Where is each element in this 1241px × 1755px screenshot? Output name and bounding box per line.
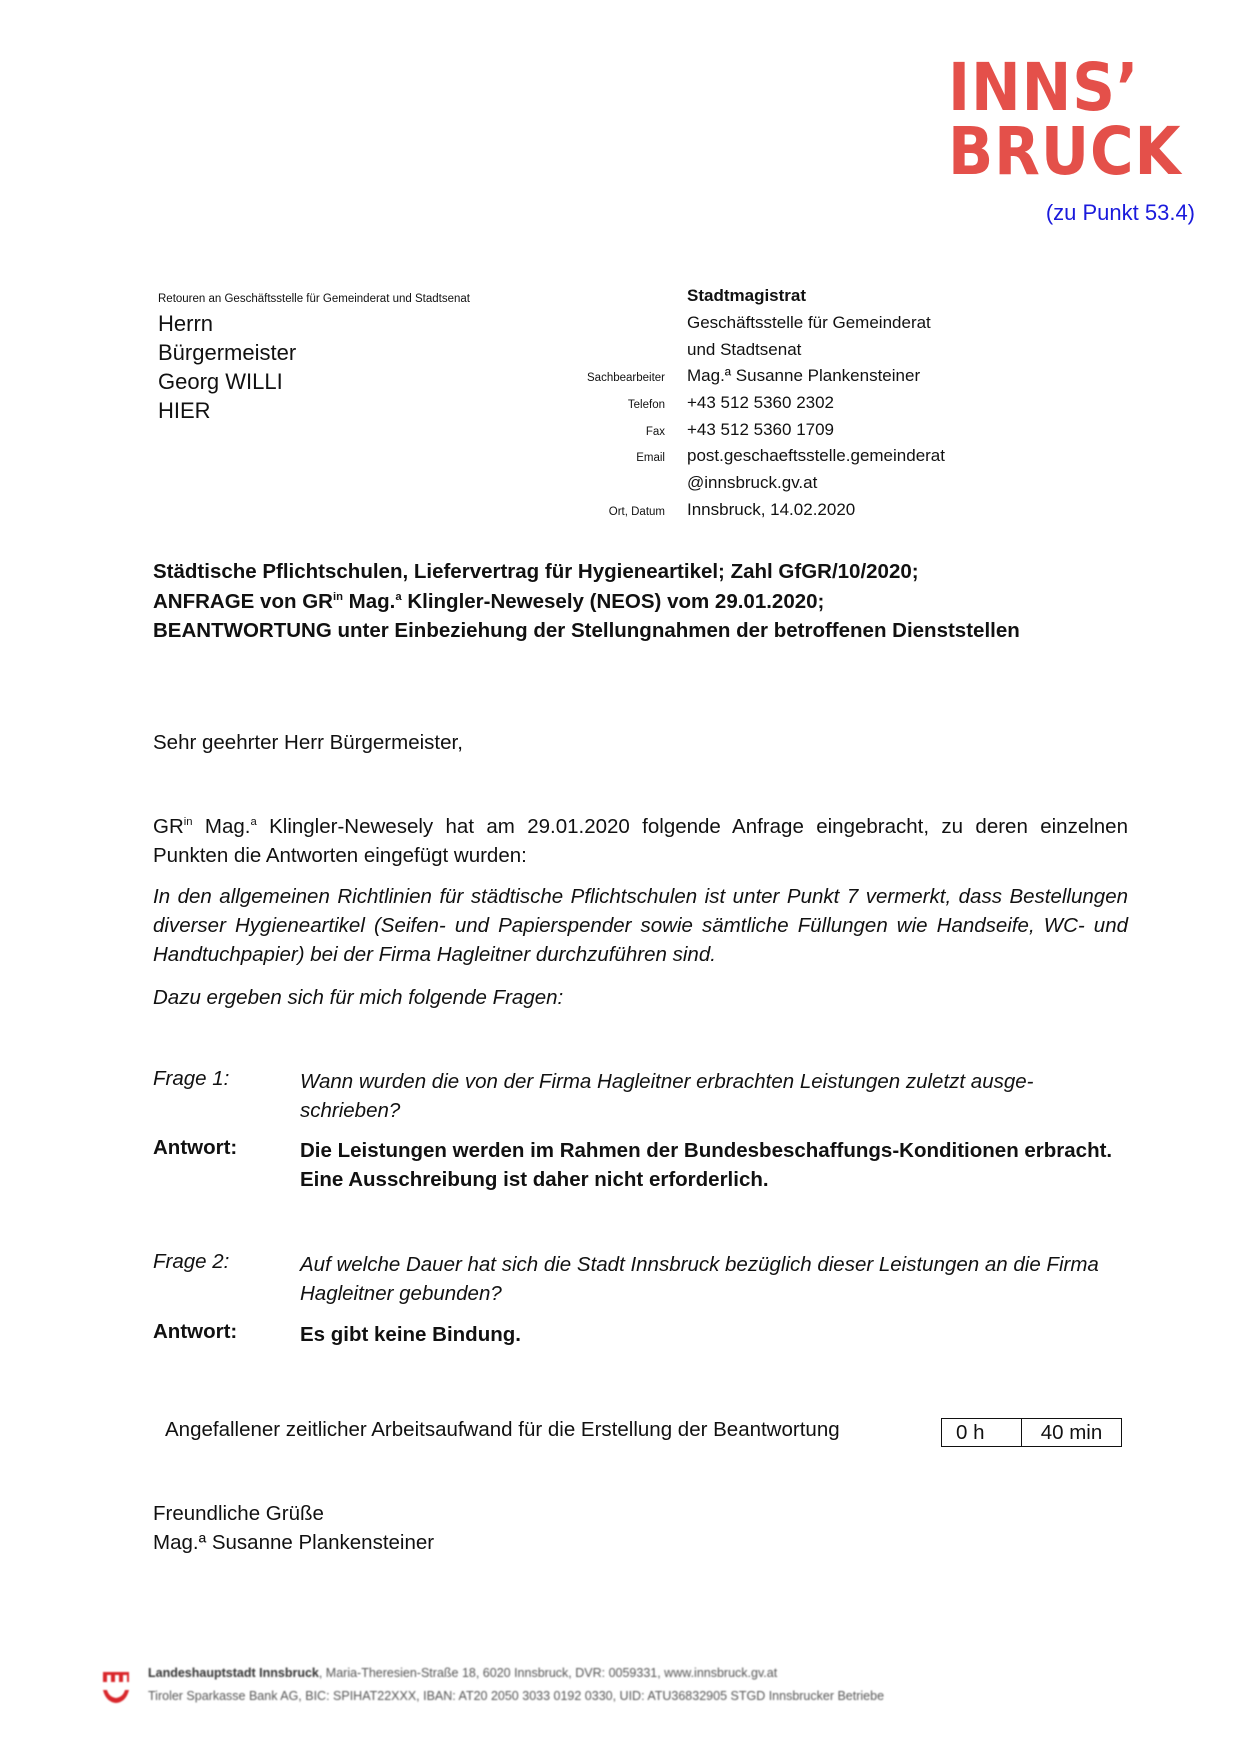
field-value-phone: +43 512 5360 2302	[687, 393, 834, 413]
recipient-line: Herrn	[158, 309, 213, 338]
agenda-reference: (zu Punkt 53.4)	[1046, 200, 1195, 226]
field-value-email-domain[interactable]: @innsbruck.gv.at	[687, 473, 817, 493]
footer-line-2: Tiroler Sparkasse Bank AG, BIC: SPIHAT22…	[148, 1689, 884, 1703]
answer-label: Antwort:	[153, 1136, 237, 1160]
effort-label: Angefallener zeitlicher Arbeitsaufwand f…	[165, 1418, 840, 1442]
page-footer: Landeshauptstadt Innsbruck, Maria-Theres…	[100, 1664, 1090, 1716]
recipient-line: Georg WILLI	[158, 367, 283, 396]
field-value-fax: +43 512 5360 1709	[687, 420, 834, 440]
return-address: Retouren an Geschäftsstelle für Gemeinde…	[158, 293, 470, 305]
innsbruck-logo: INNS’ BRUCK	[948, 56, 1193, 184]
logo-line-2: BRUCK	[948, 120, 1169, 184]
salutation: Sehr geehrter Herr Bürgermeister,	[153, 728, 1128, 757]
effort-minutes: 40 min	[1022, 1419, 1121, 1446]
closing-greeting: Freundliche Grüße	[153, 1502, 324, 1526]
inquiry-quote: In den allgemeinen Richtlinien für städt…	[153, 882, 1128, 969]
answer-text: Es gibt keine Bindung.	[300, 1320, 1130, 1349]
field-label-phone: Telefon	[628, 399, 665, 411]
intro-paragraph: GRin Mag.a Klingler-Newesely hat am 29.0…	[153, 812, 1128, 870]
subject-line-1: Städtische Pflichtschulen, Liefervertrag…	[153, 557, 1020, 587]
field-value-date: Innsbruck, 14.02.2020	[687, 500, 855, 520]
sender-office: Stadtmagistrat	[687, 286, 806, 306]
question-text: Wann wurden die von der Firma Hagleitner…	[300, 1067, 1130, 1125]
subject-line-2: ANFRAGE von GRin Mag.a Klingler-Newesely…	[153, 587, 1020, 617]
answer-label: Antwort:	[153, 1320, 237, 1344]
field-label-email: Email	[636, 452, 665, 464]
city-crest-icon	[102, 1666, 130, 1706]
logo-line-1: INNS’	[948, 56, 1169, 120]
effort-hours: 0 h	[942, 1419, 1022, 1446]
recipient-line: HIER	[158, 396, 211, 425]
questions-intro: Dazu ergeben sich für mich folgende Frag…	[153, 983, 1128, 1012]
field-label-clerk: Sachbearbeiter	[587, 372, 665, 384]
field-value-clerk: Mag.ª Susanne Plankensteiner	[687, 366, 920, 386]
question-label: Frage 2:	[153, 1250, 229, 1274]
sender-department: und Stadtsenat	[687, 340, 801, 360]
recipient-line: Bürgermeister	[158, 338, 296, 367]
subject-heading: Städtische Pflichtschulen, Liefervertrag…	[153, 557, 1020, 646]
effort-box: 0 h 40 min	[941, 1418, 1122, 1447]
sender-department: Geschäftsstelle für Gemeinderat	[687, 313, 931, 333]
answer-text: Die Leistungen werden im Rahmen der Bund…	[300, 1136, 1130, 1194]
footer-line-1: Landeshauptstadt Innsbruck, Maria-Theres…	[148, 1666, 777, 1680]
subject-line-3: BEANTWORTUNG unter Einbeziehung der Stel…	[153, 616, 1020, 646]
question-label: Frage 1:	[153, 1067, 229, 1091]
field-value-email[interactable]: post.geschaeftsstelle.gemeinderat	[687, 446, 945, 466]
signature: Mag.ª Susanne Plankensteiner	[153, 1531, 434, 1555]
field-label-fax: Fax	[646, 426, 665, 438]
field-label-date: Ort, Datum	[609, 506, 665, 518]
question-text: Auf welche Dauer hat sich die Stadt Inns…	[300, 1250, 1130, 1308]
